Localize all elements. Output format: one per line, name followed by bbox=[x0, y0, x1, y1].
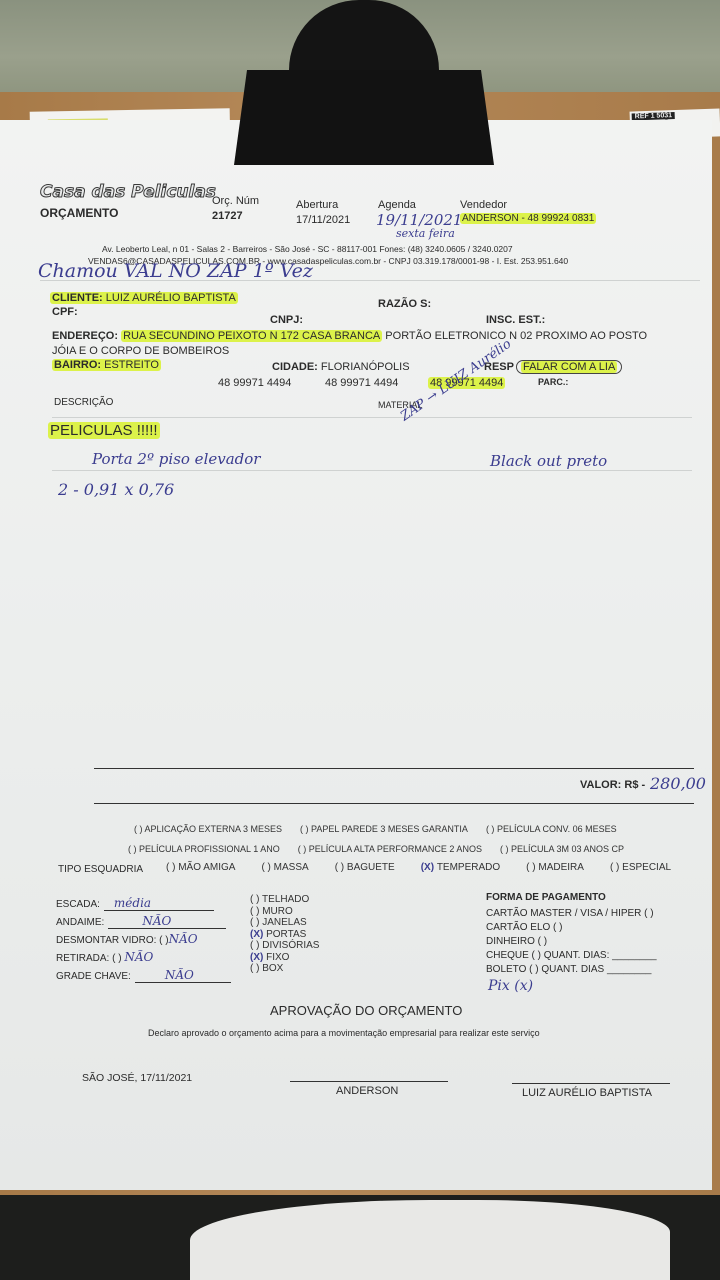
option-label: MÃO AMIGA bbox=[178, 862, 235, 873]
cidade-label: CIDADE: bbox=[272, 361, 318, 373]
payment-option: CARTÃO MASTER / VISA / HIPER ( ) bbox=[486, 907, 657, 921]
parc-label: PARC.: bbox=[538, 377, 568, 387]
escada-label: ESCADA: bbox=[56, 899, 100, 910]
divider bbox=[40, 280, 700, 281]
checkbox-option[interactable]: (X) TEMPERADO bbox=[421, 862, 500, 873]
option-label: MURO bbox=[262, 906, 293, 917]
bairro-value: ESTREITO bbox=[104, 359, 159, 371]
retirada-value: NÃO bbox=[124, 950, 153, 964]
option-label: FIXO bbox=[266, 952, 289, 963]
option-label: PORTAS bbox=[266, 929, 306, 940]
signer-seller: ANDERSON bbox=[336, 1085, 398, 1097]
checkbox-option[interactable]: (X) PORTAS bbox=[250, 929, 306, 940]
empty-box-icon: ( ) bbox=[298, 844, 309, 854]
cnpj-label: CNPJ: bbox=[270, 314, 303, 326]
retirada-label: RETIRADA: ( ) bbox=[56, 953, 122, 964]
checkbox-option[interactable]: ( ) MASSA bbox=[261, 862, 308, 873]
item-desc-line2: 2 - 0,91 x 0,76 bbox=[58, 480, 174, 499]
empty-box-icon: ( ) bbox=[166, 862, 178, 873]
esquadria-options: ( ) MÃO AMIGA( ) MASSA( ) BAGUETE(X) TEM… bbox=[166, 862, 671, 873]
empty-box-icon: ( ) bbox=[250, 917, 262, 928]
empty-box-icon: ( ) bbox=[300, 824, 311, 834]
insc-label: INSC. EST.: bbox=[486, 314, 545, 326]
orc-num-label: Orç. Núm bbox=[212, 195, 259, 207]
approval-statement: Declaro aprovado o orçamento acima para … bbox=[148, 1028, 540, 1038]
checkbox-option[interactable]: ( ) PELÍCULA PROFISSIONAL 1 ANO bbox=[128, 844, 280, 854]
empty-box-icon: ( ) bbox=[250, 894, 262, 905]
checked-box-icon: (X) bbox=[421, 862, 437, 873]
payment-option: DINHEIRO ( ) bbox=[486, 935, 657, 949]
esquadria-label: TIPO ESQUADRIA bbox=[58, 864, 143, 875]
empty-box-icon: ( ) bbox=[250, 906, 262, 917]
payment-pix: Pix (x) bbox=[488, 978, 533, 994]
items-title: PELICULAS !!!!! bbox=[48, 422, 160, 439]
checkbox-option[interactable]: ( ) APLICAÇÃO EXTERNA 3 MESES bbox=[134, 824, 282, 834]
checkbox-option[interactable]: ( ) DIVISÓRIAS bbox=[250, 940, 319, 951]
endereco-rest: PORTÃO ELETRONICO N 02 PROXIMO AO POSTO bbox=[385, 330, 647, 342]
payment-option: CARTÃO ELO ( ) bbox=[486, 921, 657, 935]
andaime-value: NÃO bbox=[142, 914, 171, 928]
valor-label: VALOR: R$ - bbox=[580, 779, 645, 791]
cliente-value: LUIZ AURÉLIO BAPTISTA bbox=[106, 292, 236, 304]
option-label: MASSA bbox=[274, 862, 309, 873]
options-row-1: ( ) APLICAÇÃO EXTERNA 3 MESES( ) PAPEL P… bbox=[134, 824, 617, 834]
checkbox-option[interactable]: ( ) BAGUETE bbox=[335, 862, 395, 873]
resp-value: FALAR COM A LIA bbox=[521, 361, 617, 373]
escada-value: média bbox=[114, 896, 151, 910]
option-label: PELÍCULA 3M 03 ANOS CP bbox=[511, 844, 624, 854]
checked-box-icon: (X) bbox=[250, 952, 266, 963]
quote-form-sheet: Casa das Peliculas ORÇAMENTO Orç. Núm 21… bbox=[0, 120, 712, 1190]
descricao-label: DESCRIÇÃO bbox=[54, 397, 113, 408]
abertura-value: 17/11/2021 bbox=[296, 214, 350, 226]
option-label: JANELAS bbox=[262, 917, 306, 928]
empty-box-icon: ( ) bbox=[486, 824, 497, 834]
checkbox-option[interactable]: ( ) ESPECIAL bbox=[610, 862, 671, 873]
payment-title: FORMA DE PAGAMENTO bbox=[486, 892, 606, 903]
checkbox-option[interactable]: (X) FIXO bbox=[250, 952, 289, 963]
empty-box-icon: ( ) bbox=[250, 940, 262, 951]
option-label: BOX bbox=[262, 963, 283, 974]
phone-2: 48 99971 4494 bbox=[325, 377, 398, 389]
empty-box-icon: ( ) bbox=[526, 862, 538, 873]
checkbox-option[interactable]: ( ) PELÍCULA 3M 03 ANOS CP bbox=[500, 844, 624, 854]
checkbox-option[interactable]: ( ) PELÍCULA ALTA PERFORMANCE 2 ANOS bbox=[298, 844, 482, 854]
option-label: TELHADO bbox=[262, 894, 309, 905]
endereco-value: RUA SECUNDINO PEIXOTO N 172 CASA BRANCA bbox=[121, 330, 382, 342]
item-material: Black out preto bbox=[490, 452, 607, 470]
option-label: PAPEL PAREDE 3 MESES GARANTIA bbox=[311, 824, 468, 834]
signature-line-client bbox=[512, 1083, 670, 1084]
orc-num-value: 21727 bbox=[212, 210, 243, 222]
clipboard-clip bbox=[234, 0, 494, 165]
option-label: APLICAÇÃO EXTERNA 3 MESES bbox=[145, 824, 283, 834]
location-checklist: ( ) TELHADO( ) MURO( ) JANELAS(X) PORTAS… bbox=[250, 894, 319, 975]
option-label: TEMPERADO bbox=[437, 862, 500, 873]
agenda-note: sexta feira bbox=[396, 227, 455, 240]
payment-option: CHEQUE ( ) QUANT. DIAS: ________ bbox=[486, 949, 657, 963]
empty-box-icon: ( ) bbox=[250, 963, 262, 974]
andaime-label: ANDAIME: bbox=[56, 917, 104, 928]
checkbox-option[interactable]: ( ) MÃO AMIGA bbox=[166, 862, 235, 873]
checked-box-icon: (X) bbox=[250, 929, 266, 940]
payment-option: BOLETO ( ) QUANT. DIAS ________ bbox=[486, 963, 657, 977]
option-label: DIVISÓRIAS bbox=[262, 940, 319, 951]
brand-logo: Casa das Peliculas bbox=[40, 182, 216, 202]
empty-box-icon: ( ) bbox=[610, 862, 622, 873]
cpf-label: CPF: bbox=[52, 306, 78, 318]
razao-label: RAZÃO S: bbox=[378, 298, 431, 310]
option-label: ESPECIAL bbox=[622, 862, 671, 873]
company-address: Av. Leoberto Leal, n 01 - Salas 2 - Barr… bbox=[102, 244, 513, 254]
empty-box-icon: ( ) bbox=[128, 844, 139, 854]
checkbox-option[interactable]: ( ) MADEIRA bbox=[526, 862, 584, 873]
empty-box-icon: ( ) bbox=[335, 862, 347, 873]
signature-line-seller bbox=[290, 1081, 448, 1082]
checkbox-option[interactable]: ( ) BOX bbox=[250, 963, 283, 974]
phone-1: 48 99971 4494 bbox=[218, 377, 291, 389]
cliente-label: CLIENTE: bbox=[52, 292, 103, 304]
agenda-label: Agenda bbox=[378, 199, 416, 211]
option-label: PELÍCULA PROFISSIONAL 1 ANO bbox=[139, 844, 280, 854]
empty-box-icon: ( ) bbox=[134, 824, 145, 834]
checkbox-option[interactable]: ( ) TELHADO bbox=[250, 894, 309, 905]
handwritten-call-note: Chamou VAL NO ZAP 1º Vez bbox=[38, 260, 313, 282]
option-label: PELÍCULA CONV. 06 MESES bbox=[497, 824, 617, 834]
payment-options: CARTÃO MASTER / VISA / HIPER ( )CARTÃO E… bbox=[486, 907, 657, 977]
checkbox-option[interactable]: ( ) JANELAS bbox=[250, 917, 307, 928]
grade-value: NÃO bbox=[165, 968, 194, 982]
bairro-label: BAIRRO: bbox=[54, 359, 101, 371]
abertura-label: Abertura bbox=[296, 199, 338, 211]
checkbox-option[interactable]: ( ) PAPEL PAREDE 3 MESES GARANTIA bbox=[300, 824, 468, 834]
endereco-label: ENDEREÇO: bbox=[52, 330, 118, 342]
desmontar-value: NÃO bbox=[169, 932, 198, 946]
doc-title: ORÇAMENTO bbox=[40, 206, 118, 220]
cidade-value: FLORIANÓPOLIS bbox=[321, 361, 410, 373]
white-cloth bbox=[190, 1200, 670, 1280]
option-label: PELÍCULA ALTA PERFORMANCE 2 ANOS bbox=[309, 844, 482, 854]
option-label: BAGUETE bbox=[347, 862, 395, 873]
valor-value: 280,00 bbox=[650, 774, 706, 793]
options-row-2: ( ) PELÍCULA PROFISSIONAL 1 ANO( ) PELÍC… bbox=[128, 844, 624, 854]
checkbox-option[interactable]: ( ) PELÍCULA CONV. 06 MESES bbox=[486, 824, 617, 834]
item-desc-line1: Porta 2º piso elevador bbox=[92, 450, 260, 468]
grade-label: GRADE CHAVE: bbox=[56, 971, 131, 982]
signer-client: LUIZ AURÉLIO BAPTISTA bbox=[522, 1087, 652, 1099]
vendedor-value: ANDERSON - 48 99924 0831 bbox=[460, 213, 596, 224]
option-label: MADEIRA bbox=[538, 862, 584, 873]
desmontar-label: DESMONTAR VIDRO: ( ) bbox=[56, 935, 169, 946]
empty-box-icon: ( ) bbox=[500, 844, 511, 854]
endereco-line2: JÓIA E O CORPO DE BOMBEIROS bbox=[52, 345, 229, 357]
empty-box-icon: ( ) bbox=[261, 862, 273, 873]
place-date: SÃO JOSÉ, 17/11/2021 bbox=[82, 1072, 192, 1084]
checkbox-option[interactable]: ( ) MURO bbox=[250, 906, 293, 917]
vendedor-label: Vendedor bbox=[460, 199, 507, 211]
approval-title: APROVAÇÃO DO ORÇAMENTO bbox=[270, 1003, 462, 1018]
